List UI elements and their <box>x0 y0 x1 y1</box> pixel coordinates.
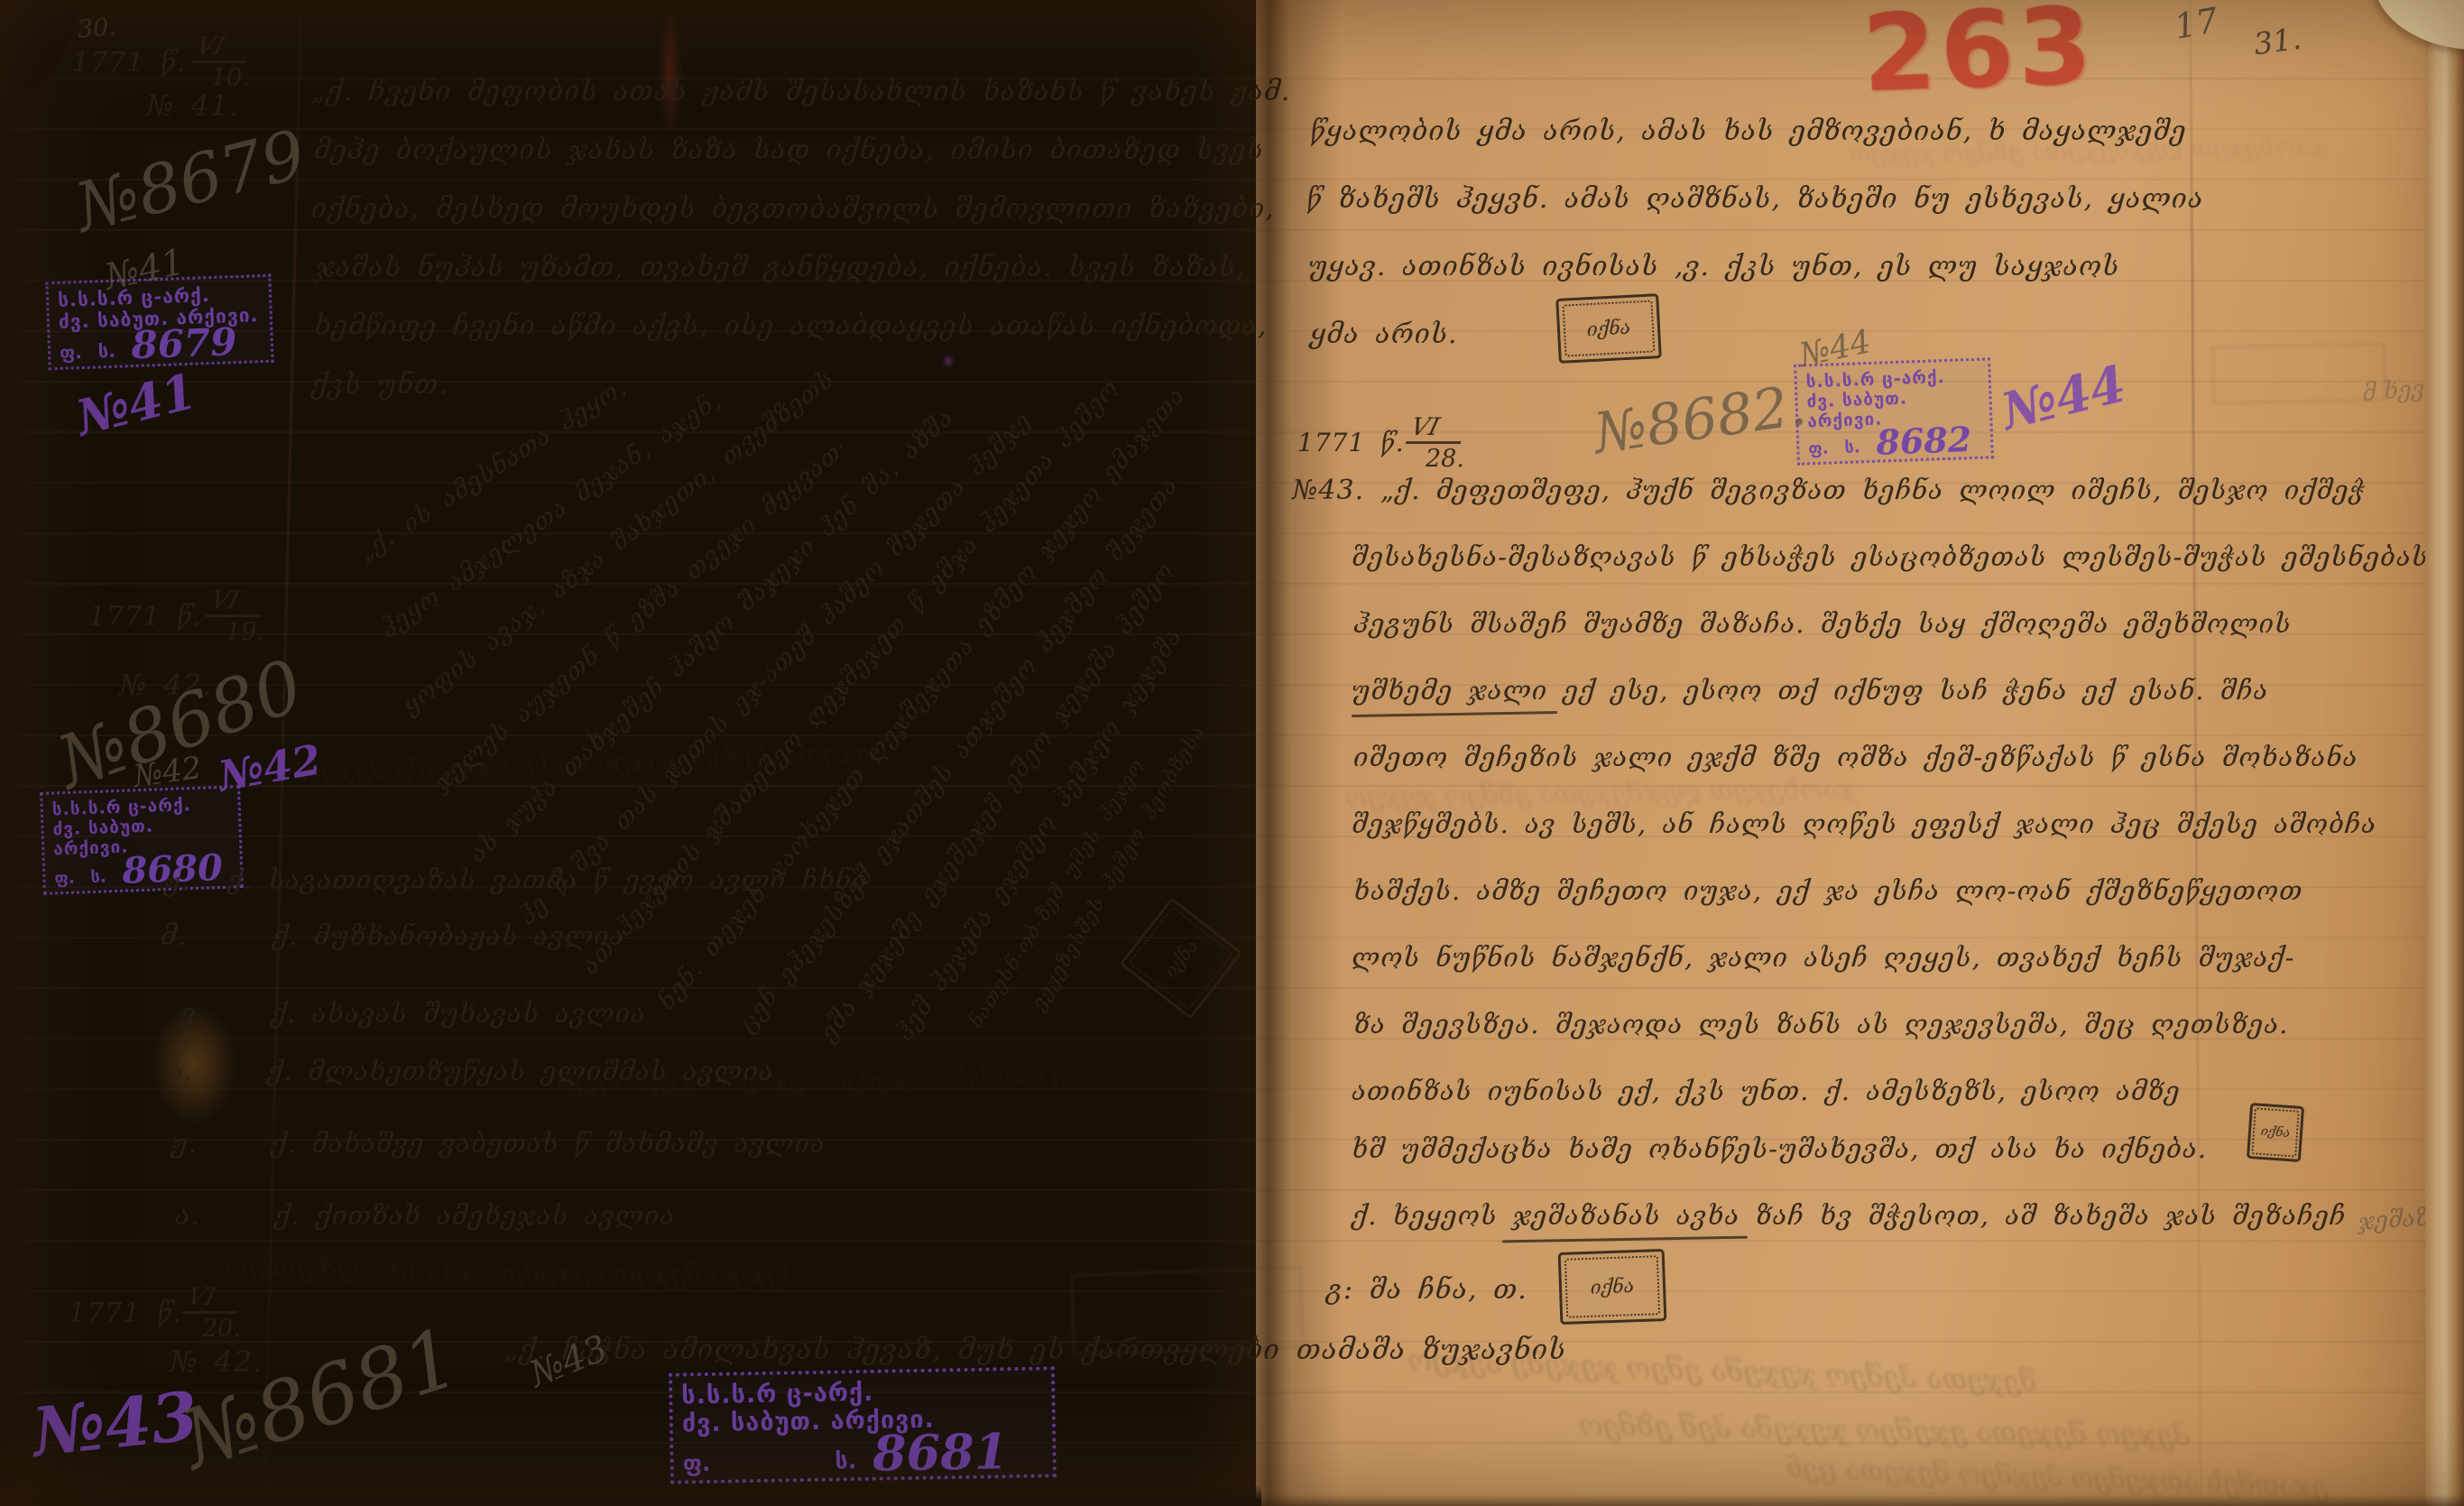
page-shadow <box>0 1485 1261 1506</box>
list-row-text: ქ. ქითზახ ამეხეჯას ავლია <box>274 1200 675 1231</box>
bleed-through-stamp <box>2211 343 2386 403</box>
seal-text: იქნა <box>1590 1275 1634 1298</box>
stamp-s-label: ს. <box>1844 439 1860 458</box>
entry42-date: 1771 წ. <box>88 601 202 633</box>
entry43-line: ჰეგუნს შსაშეჩ შუამზე შაზაჩა. შეხქე საყ ქ… <box>1353 608 2292 639</box>
entry43-line: შესახესნა-შესაზღავას წ ეხსაჭეს ესაცობზეთ… <box>1352 541 2428 572</box>
entry43-line: „ქ. მეფეთშეფე, ჰუქნ შეგივზათ ხეჩნა ლოილ … <box>1380 475 2366 505</box>
list-row-text: ქ. ახავას შუხავას ავლია <box>271 998 646 1029</box>
entry43-line: ქ. ხეყეოს ჯეშაზანას ავხა ზაჩ ხვ შჭესოთ, … <box>1352 1200 2346 1231</box>
hand-drawn-seal: იქნა <box>1558 1249 1667 1325</box>
entry43-date-fraction: VI 28. <box>1409 413 1464 473</box>
entry43-number: №43. <box>1292 475 1364 506</box>
archive-stamp-8679: ს.ს.ს.რ ც-არქ. ძვ. საბუთ. არქივი. ფ. ს. … <box>45 274 273 370</box>
entry41-date-fraction: VI 10. <box>195 32 250 92</box>
folio-number-small: 31. <box>2252 21 2303 62</box>
entry43-line: ხაშქეს. ამზე შეჩეთო იუჯა, ექ ჯა ესჩა ლო-… <box>1353 875 2303 906</box>
fraction-month: VI <box>182 1283 245 1314</box>
cont-line: წ ზახეშს ჰეყვნ. ამას ღაშზნას, ზახეში ნუ … <box>1306 183 2203 215</box>
entry42b-date: 1771 წ. <box>69 1298 182 1329</box>
list-row-text: ქ. მუზხანობაჟას ავლია <box>272 920 625 951</box>
list-row-number: ჟ. <box>171 1128 198 1160</box>
manuscript-scan: შეჯეთა ჰეშეო ჯეჯეშა ეშეო ჯეჯეშე ჰეჯეო ჰე… <box>0 0 2464 1506</box>
page-shadow <box>1261 1494 2464 1506</box>
entry41-line: იქნება, მესხედ მოუხდეს ბეგთობაშვილს შემო… <box>311 193 1275 225</box>
page-number-left: 30. <box>77 14 117 44</box>
list-row-text: ქ. საგათიღვაზას ვათმა წ ევეო ავლი ჩხნი <box>227 864 868 895</box>
list-row-text: ქ. მლახეთზუწყას ელიშმას ავლია <box>267 1056 774 1086</box>
cont-line: უყავ. ათინზას ივნისას ,ვ. ქკს უნთ, ეს ლუ… <box>1308 251 2119 282</box>
stamp-s-label: ს. <box>835 1447 856 1474</box>
entry43-line: ლოს ნუწნის ნაშჯენქნ, ჯალი ასეჩ ღეყეს, თვ… <box>1352 942 2294 973</box>
list-row-number: ვ. <box>180 998 207 1030</box>
entry42b-line: „ქ. ჩაჭნა ამილახვას ჰევაზ, მუხ ეს ქართვე… <box>503 1334 1566 1366</box>
entry41-date: 1771 წ. <box>72 47 186 79</box>
seal-text: იქნა <box>2260 1124 2290 1141</box>
stamp-number: 8679 <box>131 327 237 361</box>
stamp-number: 8681 <box>872 1432 1009 1474</box>
red-folio-number: 263 <box>1860 0 2098 115</box>
entry41-line: „ქ. ჩვენი მეფობის ათას ჟამს შესასახლის ხ… <box>311 76 1290 107</box>
stamp-s-label: ს. <box>97 339 115 362</box>
archive-stamp-8682: ს.ს.ს.რ ც-არქ. ძვ. საბუთ. არქივი. ფ. ს. … <box>1794 357 1994 466</box>
fraction-day: 19. <box>209 617 264 646</box>
stamp-f-label: ფ. <box>682 1450 710 1477</box>
entry43-line: ხშ უშმექაცხა ხაშე ოხანწეს-უშახევშა, თქ ა… <box>1352 1133 2207 1164</box>
fraction-month: VI <box>191 32 254 63</box>
stamp-f-label: ფ. <box>54 869 75 889</box>
entry43-line: შეჯწყშებს. ავ სეშს, ან ჩალს ღოწეს ეფესქ … <box>1352 808 2376 839</box>
stamp-f-label: ფ. <box>60 341 82 364</box>
page-edge <box>0 0 31 1506</box>
list-row-number: ა. <box>175 1200 200 1232</box>
hand-drawn-seal: იქნა <box>1555 293 1662 364</box>
entry41-line: მეჰე ბოქაულის ჯახას ზაზა სად იქნება, იმი… <box>314 134 1264 166</box>
entry41-line: ჯაშას ნუჰას უზამთ, თვახეშ განწყდება, იქნ… <box>316 252 1245 283</box>
fraction-day: 20. <box>186 1314 241 1343</box>
entry41-number: № 41. <box>146 88 239 123</box>
entry43-line: უშხემე ჯალი ექ ესე, ესოო თქ იქნუფ საჩ ჭე… <box>1352 675 2268 706</box>
entry41-line: ხემწიფე ჩვენი აწმი აქვს, ისე ალაბდაყვეს … <box>314 310 1267 342</box>
cont-line: წყალობის ყმა არის, ამას ხას ემზოვებიან, … <box>1310 115 2187 147</box>
entry43-date: 1771 წ. <box>1297 428 1405 457</box>
stamp-f-label: ფ. <box>1808 439 1829 459</box>
cont-line: ყმა არის. <box>1310 319 1458 350</box>
seal-text: იქნა <box>1586 317 1631 341</box>
archive-stamp-8680: ს.ს.ს.რ ც-არქ. ძვ. საბუთ. არქივი. ფ. ს. … <box>40 785 244 895</box>
hand-drawn-seal: იქნა <box>2247 1103 2304 1162</box>
list-row-text: ქ. მახაშვე ვაბეთას წ შახმაშვ ავლია <box>271 1128 826 1159</box>
fraction-month: VI <box>206 587 268 617</box>
stamp-s-label: ს. <box>90 867 106 887</box>
fraction-day: 28. <box>1409 444 1464 473</box>
entry43-line: ათინზას იუნისას ექ, ქკს უნთ. ქ. ამესზეზს… <box>1352 1076 2181 1106</box>
stamp-number: 8682 <box>1876 426 1972 457</box>
entry42-date-fraction: VI 19. <box>209 587 264 646</box>
fraction-month: VI <box>1406 413 1468 444</box>
seal-text: იქნა <box>1159 935 1202 981</box>
list-row-number: ჟ. <box>164 866 190 898</box>
list-row-number: მ. <box>161 920 187 952</box>
folio-number-pencil: 17 <box>2172 0 2221 47</box>
page-edge-stack <box>2425 0 2464 1506</box>
entry43-line: ზა შეევსზეა. შეჯაოდა ლეს ზანს ას ღეჯევსე… <box>1353 1009 2288 1039</box>
entry42b-date-fraction: VI 20. <box>186 1283 241 1343</box>
archive-stamp-8681: ს.ს.ს.რ ც-არქ. ძვ. საბუთ. არქივი. ფ. ს. … <box>669 1366 1057 1484</box>
entry43-closing: გ: შა ჩნა, თ. <box>1326 1274 1527 1306</box>
entry43-line: იშეთო შეჩეზის ჯალი ეჯქმ ზშე ოშზა ქეშ-ეზწ… <box>1353 742 2358 772</box>
list-row-number: ა. <box>168 1056 193 1087</box>
entry41-line: ქკს უნთ. <box>311 369 448 401</box>
